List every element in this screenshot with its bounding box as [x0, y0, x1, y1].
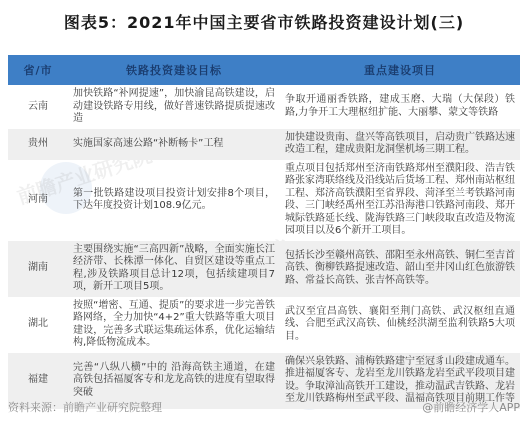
figure-title: 图表5：2021年中国主要省市铁路投资建设计划(三) [0, 10, 528, 33]
header-goal: 铁路投资建设目标 [68, 55, 280, 85]
table-body: 云南 加快铁路“补网提速”，加快渝昆高铁建设，启动建设铁路专用线，做好普速铁路提… [8, 85, 520, 409]
projects-cell: 重点项目包括郑州至济南铁路郑州至濮阳段、浩吉铁路张家湾联络线及沿线站后货场工程、… [280, 160, 520, 241]
header-province: 省/市 [8, 55, 68, 85]
figure-page: 前瞻产业研究院 前瞻产业研究院 图表5：2021年中国主要省市铁路投资建设计划(… [0, 0, 528, 435]
goal-cell: 主要围绕实施“三高四新”战略，全面实施长江经济带、长株潭一体化、自贸区建设等重点… [68, 241, 280, 297]
railway-plan-table: 省/市 铁路投资建设目标 重点建设项目 云南 加快铁路“补网提速”，加快渝昆高铁… [8, 55, 520, 409]
table-row: 河南 第一批铁路建设项目投资计划安排8个项目，下达年度投资计划108.9亿元。 … [8, 160, 520, 241]
goal-cell: 第一批铁路建设项目投资计划安排8个项目，下达年度投资计划108.9亿元。 [68, 160, 280, 241]
projects-cell: 争取开通丽香铁路，建成玉磨、大瑞（大保段）铁路,力争开工大理枢纽扩能、大丽攀、蒙… [280, 85, 520, 129]
source-note: 资料来源：前瞻产业研究院整理 [8, 399, 162, 415]
figure-footer: 资料来源：前瞻产业研究院整理 @前瞻经济学人APP [8, 399, 520, 415]
projects-cell: 武汉至宜昌高铁、襄阳至荆门高铁、武汉枢纽直通线、合肥至武汉高铁、仙桃经洪湖至监利… [280, 297, 520, 353]
table-row: 湖南 主要围绕实施“三高四新”战略，全面实施长江经济带、长株潭一体化、自贸区建设… [8, 241, 520, 297]
province-cell: 河南 [8, 160, 68, 241]
table-row: 云南 加快铁路“补网提速”，加快渝昆高铁建设，启动建设铁路专用线，做好普速铁路提… [8, 85, 520, 129]
header-projects: 重点建设项目 [280, 55, 520, 85]
table-row: 湖北 按照“增密、互通、提质”的要求进一步完善铁路网络，全力加快“4+2”重大铁… [8, 297, 520, 353]
table-header-row: 省/市 铁路投资建设目标 重点建设项目 [8, 55, 520, 85]
province-cell: 湖南 [8, 241, 68, 297]
province-cell: 云南 [8, 85, 68, 129]
goal-cell: 按照“增密、互通、提质”的要求进一步完善铁路网络，全力加快“4+2”重大铁路等重… [68, 297, 280, 353]
projects-cell: 包括长沙至赣州高铁、邵阳至永州高铁、铜仁至吉首高铁、衡柳铁路提速改造、韶山至井冈… [280, 241, 520, 297]
goal-cell: 实施国家高速公路“补断畅卡”工程 [68, 129, 280, 160]
brand-note: @前瞻经济学人APP [422, 399, 520, 415]
province-cell: 湖北 [8, 297, 68, 353]
projects-cell: 加快建设贵南、盘兴等高铁项目，启动贵广铁路达速改造工程，建成贵阳龙洞堡机场三期工… [280, 129, 520, 160]
goal-cell: 加快铁路“补网提速”，加快渝昆高铁建设，启动建设铁路专用线，做好普速铁路提质提速… [68, 85, 280, 129]
table-row: 贵州 实施国家高速公路“补断畅卡”工程 加快建设贵南、盘兴等高铁项目，启动贵广铁… [8, 129, 520, 160]
province-cell: 贵州 [8, 129, 68, 160]
